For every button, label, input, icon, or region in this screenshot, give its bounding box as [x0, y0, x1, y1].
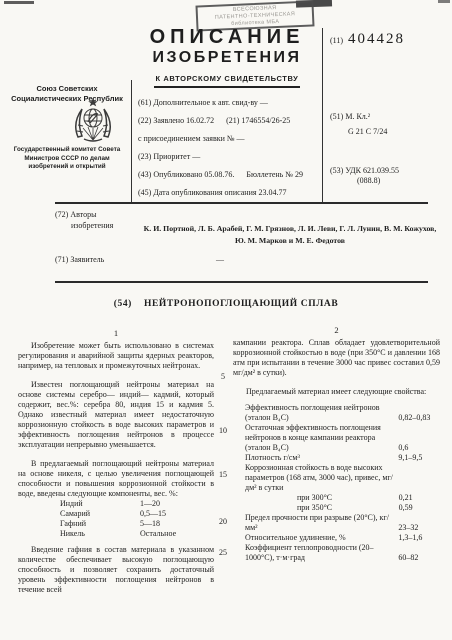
udk-value2: (088.8): [357, 176, 380, 185]
line-number: 10: [215, 426, 231, 435]
paragraph: кампании реактора. Сплав обладает удовле…: [233, 338, 440, 378]
horizontal-rule: [55, 281, 428, 283]
class-value: G 21 C 7/24: [348, 127, 387, 136]
field-23: (23) Приоритет —: [138, 152, 200, 161]
line-number: 20: [215, 517, 231, 526]
property-row: Относительное удлинение, % 1,3–1,6: [245, 533, 440, 543]
paragraph: В предлагаемый поглощающий нейтроны мате…: [18, 459, 214, 499]
line-number: 25: [215, 548, 231, 557]
composition-row: Индий 1—20: [18, 499, 214, 509]
scan-artifact: [438, 0, 450, 3]
property-row: Коэффициент теплопроводности (20–1000°С)…: [245, 543, 440, 563]
field-22: (22) Заявлено 16.02.72: [138, 116, 214, 125]
paragraph: Изобретение может быть использовано в си…: [18, 341, 214, 371]
bibliographic-fields: (61) Дополнительное к авт. свид-ву — (22…: [138, 89, 318, 197]
invention-title-text: НЕЙТРОНОПОГЛОЩАЮЩИЙ СПЛАВ: [144, 299, 338, 309]
field-45: (45) Дата опубликования описания 23.04.7…: [138, 188, 287, 197]
paragraph: Известен поглощающий нейтроны материал н…: [18, 380, 214, 450]
line-number: 5: [215, 372, 231, 381]
column-2-number: 2: [233, 325, 440, 335]
authors-label-line1: (72) Авторы: [55, 209, 113, 220]
divider: [131, 80, 132, 202]
field-43-bulletin: Бюллетень № 29: [246, 170, 303, 179]
author-names-line2: Ю. М. Марков и М. Е. Федотов: [138, 235, 442, 247]
column-1-number: 1: [18, 328, 214, 338]
author-names: К. И. Портной, Л. Б. Арабей, Г. М. Грязн…: [138, 223, 442, 246]
applicant-value: —: [140, 255, 300, 264]
properties-table: Эффективность поглощения нейтронов (этал…: [233, 403, 440, 563]
composition-row: Никель Остальное: [18, 529, 214, 539]
composition-row: Гафний 5—18: [18, 519, 214, 529]
doc-type-line2: ИЗОБРЕТЕНИЯ: [136, 48, 318, 68]
patent-document-page: ВСЕСОЮЗНАЯ ПАТЕНТНО-ТЕХНИЧЕСКАЯ библиоте…: [0, 0, 452, 640]
field-43: (43) Опубликовано 05.08.76.: [138, 170, 234, 179]
property-row: Коррозионная стойкость в воде высоких па…: [245, 463, 440, 493]
udk-label: (53) УДК 621.039.55: [330, 166, 399, 175]
composition-row: Самарий 0,5—15: [18, 509, 214, 519]
paragraph: Введение гафния в состав материала в ука…: [18, 545, 214, 595]
property-row: Остаточная эффективность поглощения нейт…: [245, 423, 440, 453]
document-number: (11)404428: [330, 31, 405, 48]
property-row: Эффективность поглощения нейтронов (этал…: [245, 403, 440, 423]
field-61: (61) Дополнительное к авт. свид-ву —: [138, 98, 268, 107]
doc-type-line1: ОПИСАНИЕ: [136, 26, 318, 48]
doc-subtitle: К АВТОРСКОМУ СВИДЕТЕЛЬСТВУ: [154, 74, 301, 88]
property-row: при 300°С 0,21: [245, 493, 440, 503]
invention-title: (54)НЕЙТРОНОПОГЛОЩАЮЩИЙ СПЛАВ: [0, 299, 452, 309]
field-join: с присоединением заявки № —: [138, 134, 245, 143]
divider: [322, 28, 323, 202]
class-label: (51) М. Кл.²: [330, 112, 370, 121]
body-left-column: Изобретение может быть использовано в си…: [18, 341, 214, 595]
property-row: Плотность г/см³ 9,1–9,5: [245, 453, 440, 463]
scan-artifact: [4, 1, 34, 4]
horizontal-rule: [55, 202, 428, 204]
body-right-column: кампании реактора. Сплав обладает удовле…: [233, 338, 440, 563]
document-type-title: ОПИСАНИЕ ИЗОБРЕТЕНИЯ К АВТОРСКОМУ СВИДЕТ…: [136, 26, 318, 88]
composition-table: Индий 1—20 Самарий 0,5—15 Гафний 5—18 Ни…: [18, 499, 214, 539]
invention-title-number: (54): [114, 299, 132, 309]
authors-label-line2: изобретения: [55, 220, 113, 231]
ussr-coat-of-arms-icon: [70, 97, 116, 143]
authors-label: (72) Авторы изобретения: [55, 209, 113, 231]
property-row: при 350°С 0,59: [245, 503, 440, 513]
author-names-line1: К. И. Портной, Л. Б. Арабей, Г. М. Грязн…: [138, 223, 442, 235]
applicant-label: (71) Заявитель: [55, 255, 104, 264]
line-number: 15: [215, 470, 231, 479]
paragraph: Предлагаемый материал имеет следующие св…: [233, 387, 440, 397]
field-21: (21) 1746554/26-25: [226, 116, 290, 125]
document-number-value: 404428: [348, 31, 405, 47]
document-number-label: (11): [330, 36, 343, 45]
committee-name: Государственный комитет Совета Министров…: [12, 146, 122, 172]
property-row: Предел прочности при разрыве (20°С), кг/…: [245, 513, 440, 533]
